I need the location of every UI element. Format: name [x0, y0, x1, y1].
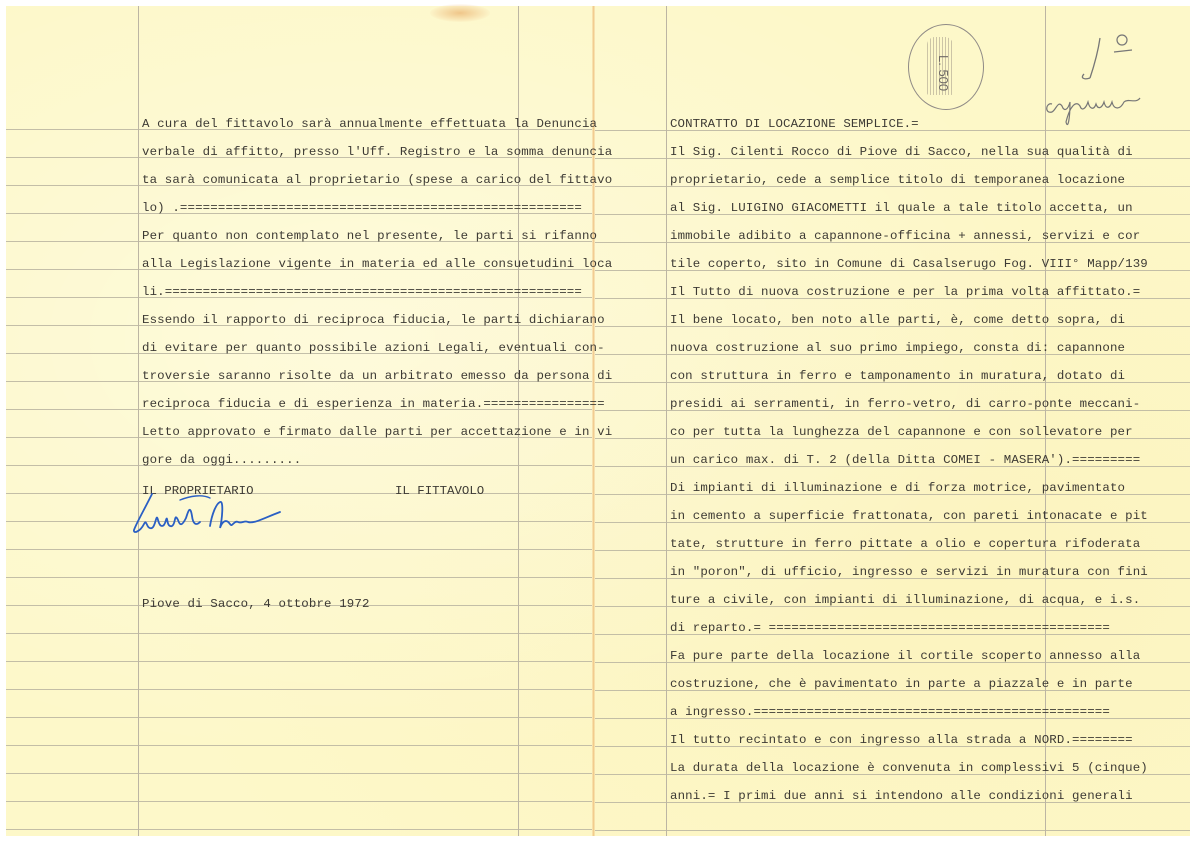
- text-line: tile coperto, sito in Comune di Casalser…: [670, 257, 1148, 271]
- tenant-label: IL FITTAVOLO: [395, 484, 484, 498]
- text-line: A cura del fittavolo sarà annualmente ef…: [142, 117, 597, 131]
- text-line: con struttura in ferro e tamponamento in…: [670, 369, 1125, 383]
- contract-title: CONTRATTO DI LOCAZIONE SEMPLICE.=: [670, 117, 919, 131]
- ruled-line: [6, 521, 592, 522]
- ruled-line: [6, 493, 592, 494]
- text-line: tate, strutture in ferro pittate a olio …: [670, 537, 1140, 551]
- right-page-left-margin-line: [666, 6, 667, 836]
- left-margin-line: [138, 6, 139, 836]
- text-line: Essendo il rapporto di reciproca fiducia…: [142, 313, 605, 327]
- text-line: La durata della locazione è convenuta in…: [670, 761, 1148, 775]
- text-line: Il Sig. Cilenti Rocco di Piove di Sacco,…: [670, 145, 1133, 159]
- text-line: gore da oggi.........: [142, 453, 301, 467]
- stamp-value: L. 500: [936, 55, 951, 91]
- text-line: di reparto.= ===========================…: [670, 621, 1110, 635]
- text-line: Fa pure parte della locazione il cortile…: [670, 649, 1140, 663]
- text-line: Il tutto recintato e con ingresso alla s…: [670, 733, 1133, 747]
- text-line: a ingresso.=============================…: [670, 705, 1110, 719]
- text-line: presidi ai serramenti, in ferro-vetro, d…: [670, 397, 1140, 411]
- ruled-line: [6, 633, 592, 634]
- text-line: alla Legislazione vigente in materia ed …: [142, 257, 612, 271]
- text-line: verbale di affitto, presso l'Uff. Regist…: [142, 145, 612, 159]
- text-line: reciproca fiducia e di esperienza in mat…: [142, 397, 605, 411]
- text-line: immobile adibito a capannone-officina + …: [670, 229, 1140, 243]
- ruled-line: [6, 549, 592, 550]
- ruled-line: [6, 829, 592, 830]
- text-line: Il Tutto di nuova costruzione e per la p…: [670, 285, 1140, 299]
- text-line: in cemento a superficie frattonata, con …: [670, 509, 1148, 523]
- ruled-line: [6, 773, 592, 774]
- paper-stain: [430, 4, 490, 22]
- text-line: proprietario, cede a semplice titolo di …: [670, 173, 1125, 187]
- ruled-line: [595, 830, 1190, 831]
- ruled-line: [6, 661, 592, 662]
- text-line: li.=====================================…: [142, 285, 582, 299]
- text-line: Di impianti di illuminazione e di forza …: [670, 481, 1125, 495]
- handwritten-signature-icon: [130, 490, 290, 545]
- text-line: Per quanto non contemplato nel presente,…: [142, 229, 597, 243]
- text-line: di evitare per quanto possibile azioni L…: [142, 341, 605, 355]
- ruled-line: [6, 577, 592, 578]
- text-line: in "poron", di ufficio, ingresso e servi…: [670, 565, 1148, 579]
- text-line: lo) .===================================…: [142, 201, 582, 215]
- text-line: un carico max. di T. 2 (della Ditta COME…: [670, 453, 1140, 467]
- ruled-line: [6, 801, 592, 802]
- text-line: ta sarà comunicata al proprietario (spes…: [142, 173, 612, 187]
- text-line: ture a civile, con impianti di illuminaz…: [670, 593, 1140, 607]
- text-line: Letto approvato e firmato dalle parti pe…: [142, 425, 612, 439]
- text-line: troversie saranno risolte da un arbitrat…: [142, 369, 612, 383]
- ruled-line: [6, 717, 592, 718]
- text-line: anni.= I primi due anni si intendono all…: [670, 789, 1133, 803]
- text-line: co per tutta la lunghezza del capannone …: [670, 425, 1133, 439]
- text-line: al Sig. LUIGINO GIACOMETTI il quale a ta…: [670, 201, 1133, 215]
- handwritten-note: [1040, 26, 1150, 131]
- revenue-stamp-icon: L. 500: [908, 24, 984, 110]
- text-line: Il bene locato, ben noto alle parti, è, …: [670, 313, 1125, 327]
- place-date: Piove di Sacco, 4 ottobre 1972: [142, 597, 370, 611]
- ruled-line: [6, 745, 592, 746]
- text-line: nuova costruzione al suo primo impiego, …: [670, 341, 1125, 355]
- ruled-line: [6, 689, 592, 690]
- text-line: costruzione, che è pavimentato in parte …: [670, 677, 1133, 691]
